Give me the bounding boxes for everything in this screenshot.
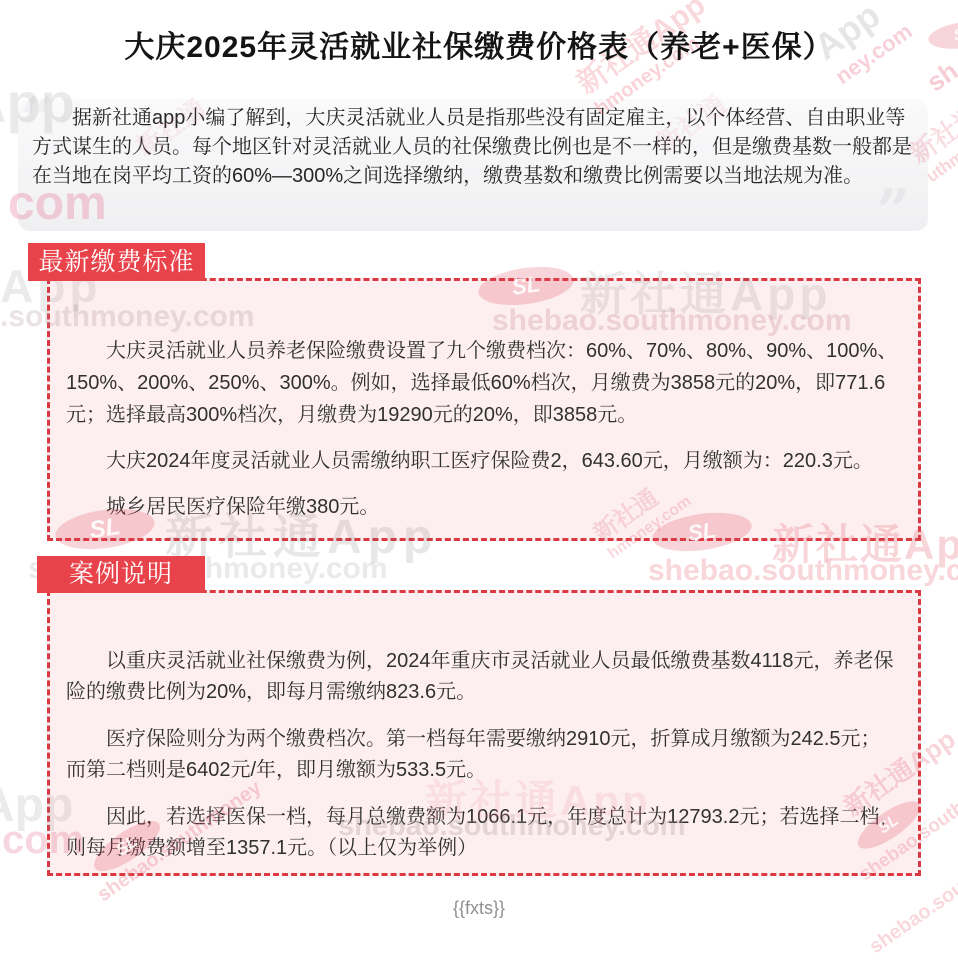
intro-panel: “ 据新社通app小编了解到，大庆灵活就业人员是指那些没有固定雇主，以个体经营、… xyxy=(18,99,928,231)
intro-text: 据新社通app小编了解到，大庆灵活就业人员是指那些没有固定雇主，以个体经营、自由… xyxy=(32,104,912,191)
watermark-domain-fragment: uthmoney.com xyxy=(923,102,958,187)
panel-paragraph: 医疗保险则分为两个缴费档次。第一档每年需要缴纳2910元，折算成月缴额为242.… xyxy=(66,724,900,786)
panel-paragraph: 因此，若选择医保一档，每月总缴费额为1066.1元，年度总计为12793.2元；… xyxy=(66,802,900,864)
footer-note: {{fxts}} xyxy=(0,898,958,919)
page-title: 大庆2025年灵活就业社保缴费价格表（养老+医保） xyxy=(0,22,958,66)
panel-paragraph: 大庆2024年度灵活就业人员需缴纳职工医疗保险费2，643.60元，月缴额为：2… xyxy=(66,445,900,477)
section-label-case: 案例说明 xyxy=(37,556,205,593)
case-panel: 以重庆灵活就业社保缴费为例，2024年重庆市灵活就业人员最低缴费基数4118元，… xyxy=(47,590,921,876)
watermark-domain: shebao.southmoney.co xyxy=(648,554,958,588)
article-page: App com 新社通App hmoney.com App ney.com SL… xyxy=(0,0,958,964)
panel-paragraph: 以重庆灵活就业社保缴费为例，2024年重庆市灵活就业人员最低缴费基数4118元，… xyxy=(66,646,900,708)
panel-paragraph: 大庆灵活就业人员养老保险缴费设置了九个缴费档次：60%、70%、80%、90%、… xyxy=(66,335,900,431)
section-label-standard: 最新缴费标准 xyxy=(28,243,205,281)
panel-paragraph: 城乡居民医疗保险年缴380元。 xyxy=(66,491,900,523)
standard-panel: 大庆灵活就业人员养老保险缴费设置了九个缴费档次：60%、70%、80%、90%、… xyxy=(47,278,921,541)
